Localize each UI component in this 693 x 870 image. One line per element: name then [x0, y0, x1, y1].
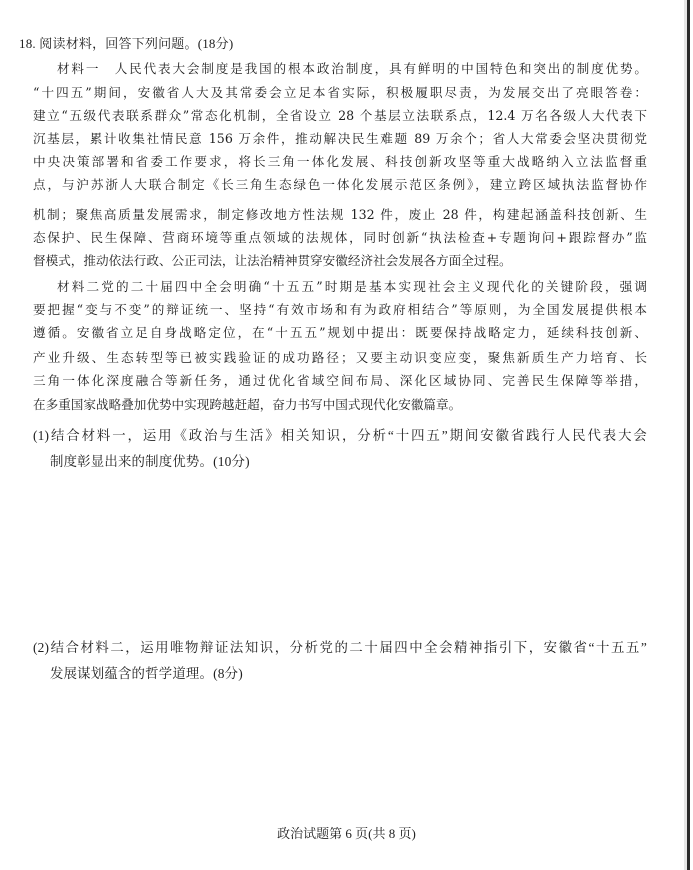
answer-space-1 — [33, 480, 647, 630]
page-footer: 政治试题第 6 页(共 8 页) — [0, 823, 693, 842]
material-one-line: “十四五”期间，安徽省人大及其常委会立足本省实际，积极履职尽责，为发展交出了亮眼… — [33, 85, 647, 101]
question-title: 18. 阅读材料，回答下列问题。(18分) — [19, 36, 233, 52]
material-two-line: 三角一体化深度融合等新任务，通过优化省域空间布局、深化区域协同、完善民生保障等举… — [33, 373, 647, 389]
page-right-border — [687, 0, 690, 870]
material-one-line: 督模式，推动依法行政、公正司法，让法治精神贯穿安徽经济社会发展各方面全过程。 — [33, 253, 647, 269]
material-two-line: 遵循。安徽省立足自身战略定位，在“十五五”规划中提出：既要保持战略定力，延续科技… — [33, 325, 647, 341]
material-one-line: 机制；聚焦高质量发展需求，制定修改地方性法规 132 件，废止 28 件，构建起… — [33, 207, 647, 223]
material-two-line: 要把握“变与不变”的辩证统一、坚持“有效市场和有为政府相结合”等原则，为全国发展… — [33, 302, 647, 318]
sub-question-2-line: 发展谋划蕴含的哲学道理。(8分) — [50, 666, 243, 682]
material-one-line: 材料一 人民代表大会制度是我国的根本政治制度，具有鲜明的中国特色和突出的制度优势… — [57, 61, 647, 77]
material-two-line: 在多重国家战略叠加优势中实现跨越赶超，奋力书写中国式现代化安徽篇章。 — [33, 397, 647, 413]
material-one-line: 点，与沪苏浙人大联合制定《长三角生态绿色一体化发展示范区条例》，建立跨区域执法监… — [33, 177, 647, 193]
material-two-line: 产业升级、生态转型等已被实践验证的成功路径；又要主动识变应变，聚焦新质生产力培育… — [33, 350, 647, 366]
material-two-line: 材料二党的二十届四中全会明确“十五五”时期是基本实现社会主义现代化的关键阶段，强… — [57, 279, 647, 295]
sub-question-1-line: (1)结合材料一，运用《政治与生活》相关知识，分析“十四五”期间安徽省践行人民代… — [33, 428, 647, 444]
sub-question-2-line: (2)结合材料二，运用唯物辩证法知识，分析党的二十届四中全会精神指引下，安徽省“… — [33, 640, 647, 656]
material-one-line: 态保护、民生保障、营商环境等重点领域的法规体，同时创新“执法检查+专题询问+跟踪… — [33, 230, 647, 246]
answer-space-2 — [33, 692, 647, 812]
material-one-line: 建立“五级代表联系群众”常态化机制，全省设立 28 个基层立法联系点，12.4 … — [33, 108, 647, 124]
material-one-line: 沉基层，累计收集社情民意 156 万余件，推动解决民生难题 89 万余个；省人大… — [33, 131, 647, 147]
sub-question-1-line: 制度彰显出来的制度优势。(10分) — [50, 454, 250, 470]
material-one-line: 中央决策部署和省委工作要求，将长三角一体化发展、科技创新攻坚等重大战略纳入立法监… — [33, 154, 647, 170]
